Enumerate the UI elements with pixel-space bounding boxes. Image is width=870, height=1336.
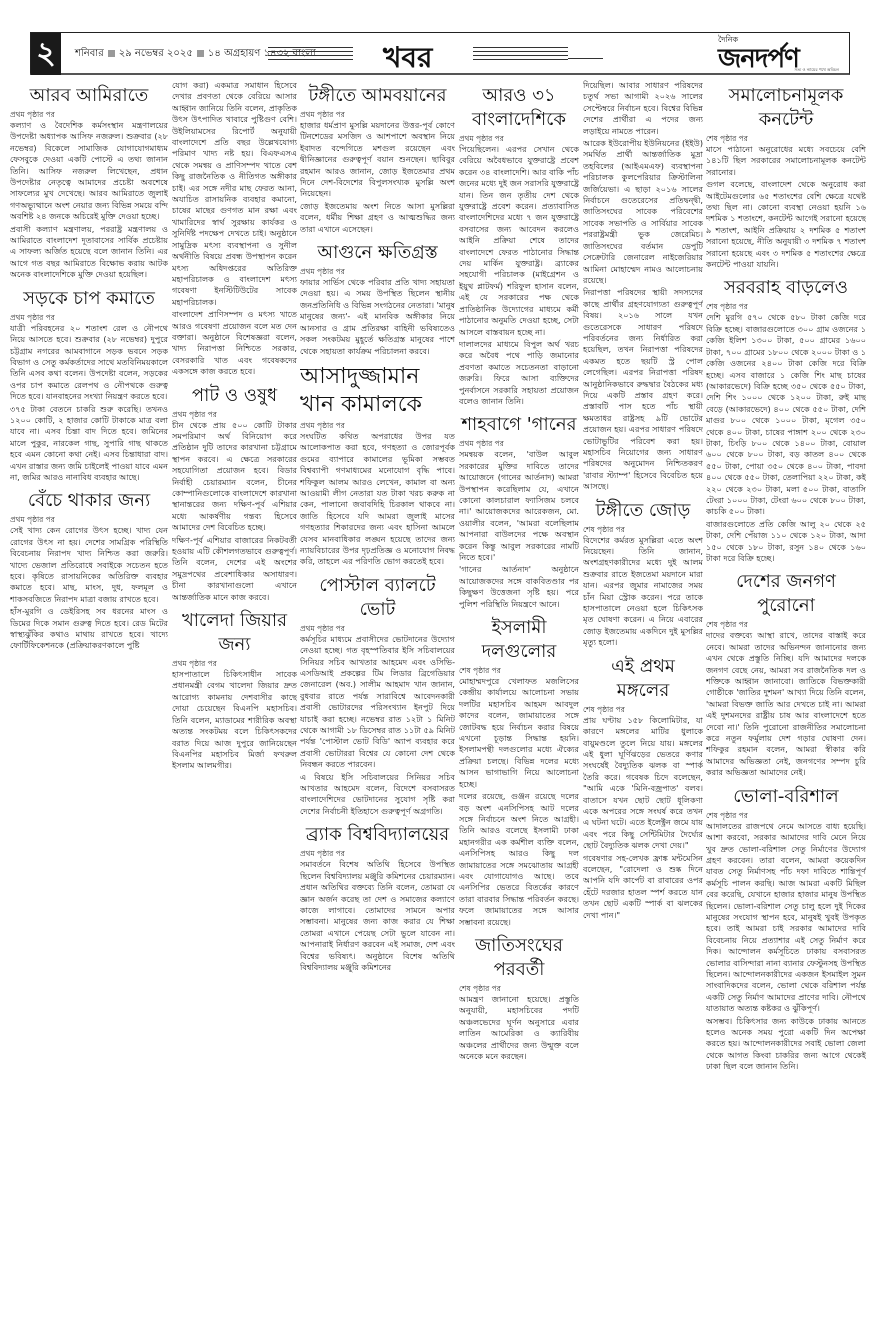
story-body: হাজার ধর্মপ্রাণ মুসল্লি ময়দানের উত্তর-প… — [300, 120, 455, 235]
jump-line: প্রথম পৃষ্ঠার পর — [10, 313, 168, 323]
story-path-oshudh: পাট ও ওষুধ প্রথম পৃষ্ঠার পর চীন থেকে প্র… — [172, 384, 297, 604]
column-5: দিয়েছিল। আবার সাধারণ পরিষদের চতুর্থ সভা… — [583, 80, 703, 1336]
story-body: মোহাম্মদপুরে খেলাফত মজলিসের কেন্দ্রীয় ক… — [459, 676, 579, 928]
story-continued: যোগ করা) একমাত্র সমাধান হিসেবে দেখার প্র… — [172, 80, 297, 378]
headline: পাট ও ওষুধ — [172, 384, 297, 408]
paragraph: বাংলাদেশ প্রাণিসম্পদ ও মৎস্য খাতে আরও গব… — [172, 309, 297, 377]
headline: ব্র্যাক বিশ্ববিদ্যালয়ের — [300, 823, 455, 847]
story-arab-amirate: আরব আমিরাতে প্রথম পৃষ্ঠার পর কল্যাণ ও বৈ… — [10, 84, 168, 281]
story-body: প্রায় ঘণ্টায় ১৫৮ কিলোমিটার, যা কারণে ম… — [583, 715, 703, 921]
masthead: ২ শনিবার২৯ নভেম্বর ২০২৫১৪ অগ্রহায়ণ ১৪৩২… — [30, 32, 850, 75]
jump-line: শেষ পৃষ্ঠার পর — [706, 620, 866, 630]
story-brac: ব্র্যাক বিশ্ববিদ্যালয়ের প্রথম পৃষ্ঠার প… — [300, 823, 455, 973]
story-ei-prothom: এই প্রথম মঙ্গলের শেষ পৃষ্ঠার পর প্রায় ঘ… — [583, 655, 703, 921]
paragraph: হাজার ধর্মপ্রাণ মুসল্লি ময়দানের উত্তর-প… — [300, 120, 455, 200]
paragraph: অসম্ভব। চিকিৎসার জন্য কাউকে ঢাকায় আনতে … — [706, 1016, 866, 1073]
story-body: যোগ করা) একমাত্র সমাধান হিসেবে দেখার প্র… — [172, 80, 297, 378]
headline: সরবরাহ বাড়লেও — [706, 276, 866, 300]
story-body: সংঘটিত কথিত অপরাধের উপর যত আলোকপাত করা হ… — [300, 431, 455, 568]
story-asaduzzaman: আসাদুজ্জামান খান কামালকে প্রথম পৃষ্ঠার প… — [300, 363, 455, 568]
paragraph: দাদের বক্তব্যে আস্থা রাখে, তাদের বাস্তাই… — [706, 630, 866, 778]
paragraph: প্রবাসী কল্যাণ মন্ত্রণালয়, পররাষ্ট্র মন… — [10, 224, 168, 281]
paragraph: সংঘটিত কথিত অপরাধের উপর যত আলোকপাত করা হ… — [300, 431, 455, 568]
jump-line: শেষ পৃষ্ঠার পর — [459, 666, 579, 676]
jump-line: শেষ পৃষ্ঠার পর — [706, 134, 866, 144]
headline: টঙ্গীতে আমবয়ানের — [300, 84, 455, 108]
headline: সমালোচনামূলক কনটেন্ট — [706, 84, 866, 132]
jump-line: প্রথম পৃষ্ঠার পর — [172, 410, 297, 420]
paragraph: দলের রয়েছে, গুঞ্জন রয়েছে দলের বড় অংশ … — [459, 791, 579, 928]
paragraph: কল্যাণ ও বৈদেশিক কর্মসংস্থান মন্ত্রণালয়… — [10, 120, 168, 223]
jump-line: প্রথম পৃষ্ঠার পর — [300, 421, 455, 431]
paragraph: আমন্ত্রণ জানানো হয়েছে। প্রস্তুতি অনুযায… — [459, 994, 579, 1062]
story-shahbag: শাহবাগে 'গানের প্রথম পৃষ্ঠার পর সমন্বয়ক… — [459, 413, 579, 610]
story-bhola-barishal: ভোলা-বরিশাল শেষ পৃষ্ঠার পর আদালতের রাজপথ… — [706, 785, 866, 1073]
jump-line: প্রথম পৃষ্ঠার পর — [172, 659, 297, 669]
story-continued-un: দিয়েছিল। আবার সাধারণ পরিষদের চতুর্থ সভা… — [583, 80, 703, 493]
date-gregorian: ২৯ নভেম্বর ২০২৫ — [119, 48, 193, 59]
paragraph: দিয়েছিল। আবার সাধারণ পরিষদের চতুর্থ সভা… — [583, 80, 703, 137]
story-body: সমাবর্তনে বিশেষ অতিথি হিসেবে উপস্থিত ছিল… — [300, 859, 455, 973]
jump-line: প্রথম পৃষ্ঠার পর — [300, 849, 455, 859]
story-agun: আগুনে ক্ষতিগ্রস্ত প্রথম পৃষ্ঠার পর ফায়া… — [300, 241, 455, 357]
paragraph: দালালদের মাধ্যমে বিপুল অর্থ খরচ করে অবৈধ… — [459, 339, 579, 407]
headline: জাতিসংঘের পরবর্তী — [459, 934, 579, 982]
story-somalochona: সমালোচনামূলক কনটেন্ট শেষ পৃষ্ঠার পর মাসে… — [706, 84, 866, 270]
paragraph: মাসে পাঠানো অনুরোধের মধ্যে সবচেয়ে বেশি … — [706, 144, 866, 178]
headline: শাহবাগে 'গানের — [459, 413, 579, 437]
section-title: খবর — [383, 36, 432, 83]
story-sorboraho: সরবরাহ বাড়লেও শেষ পৃষ্ঠার পর দেশি মুরগি… — [706, 276, 866, 564]
headline: বেঁচে থাকার জন্য — [10, 489, 168, 513]
paragraph: প্রায় ঘণ্টায় ১৫৮ কিলোমিটার, যা কারণে ম… — [583, 715, 703, 852]
column-3: টঙ্গীতে আমবয়ানের প্রথম পৃষ্ঠার পর হাজার… — [300, 80, 455, 1336]
headline: টঙ্গীতে জোড় — [583, 499, 703, 523]
paragraph: ৩৭৫ টাকা বেতনে চাকরি শুরু করেছি। তখনও ১২… — [10, 404, 168, 484]
jump-line: প্রথম পৃষ্ঠার পর — [300, 110, 455, 120]
page-number: ২ — [31, 33, 61, 75]
paragraph: গুগল বলেছে, বাংলাদেশ থেকে অনুরোধ করা আইট… — [706, 179, 866, 270]
paragraph: সমন্বয়ক বলেন, 'বাউল আবুল সরকারের মুক্তি… — [459, 449, 579, 563]
story-body: যাত্রী পরিবহনের ২০ শতাংশ রেল ও নৌপথে নিয… — [10, 323, 168, 484]
paragraph: হাঁস-মুরগি ও ডেইরিসহ সব ধরনের মাংস ও ডিম… — [10, 606, 168, 652]
paragraph: বিদেশের কর্মরত মুসল্লিরা এতে অংশ নিয়েছে… — [583, 535, 703, 649]
story-jonogon: দেশের জনগণ পুরোনো শেষ পৃষ্ঠার পর দাদের ব… — [706, 570, 866, 778]
paragraph: পিয়েছিলেন। এরপর সেখান থেকে বেরিয়ে অবৈধ… — [459, 144, 579, 338]
story-body: হাসপাতালে চিকিৎসাধীন সাবেক প্রধানমন্ত্রী… — [172, 669, 297, 772]
paragraph: জোড় ইজতেমায় অংশ নিতে আসা মুসল্লিরা বলে… — [300, 201, 455, 235]
headline: খালেদা জিয়ার জন্য — [172, 609, 297, 657]
story-tongi: টঙ্গীতে আমবয়ানের প্রথম পৃষ্ঠার পর হাজার… — [300, 84, 455, 235]
column-2: যোগ করা) একমাত্র সমাধান হিসেবে দেখার প্র… — [172, 80, 297, 1336]
paragraph: গবেষণার সহ-লেখক ফ্রাঙ্ক মন্টমেসিন বলেছেন… — [583, 853, 703, 921]
headline: এই প্রথম মঙ্গলের — [583, 655, 703, 703]
paragraph: নিরাপত্তা পরিষদের স্থায়ী সদস্যদের কাছে … — [583, 287, 703, 492]
story-body: ফায়ার সার্ভিস থেকে পরিবার প্রতি খাদ্য স… — [300, 277, 455, 357]
story-body: দেশি মুরগি ৫৭০ থেকে ৫৮০ টাকা কেজি দরে বি… — [706, 312, 866, 564]
story-islami-dol: ইসলামী দলগুলোর শেষ পৃষ্ঠার পর মোহাম্মদপু… — [459, 616, 579, 928]
story-body: দাদের বক্তব্যে আস্থা রাখে, তাদের বাস্তাই… — [706, 630, 866, 778]
story-ar-o-31: আরও ৩১ বাংলাদেশিকে প্রথম পৃষ্ঠার পর পিয়… — [459, 84, 579, 407]
jump-line: শেষ পৃষ্ঠার পর — [706, 302, 866, 312]
jump-line: প্রথম পৃষ্ঠার পর — [10, 110, 168, 120]
paragraph: আরেক ইউরোপীয় ইউনিয়নের (ইইউ) সমর্থিত প্… — [583, 138, 703, 286]
column-4: আরও ৩১ বাংলাদেশিকে প্রথম পৃষ্ঠার পর পিয়… — [459, 80, 579, 1336]
paragraph: আদালতের রাজপথে নেমে আসতে বাধ্য হয়েছি। আ… — [706, 821, 866, 1015]
story-body: আমন্ত্রণ জানানো হয়েছে। প্রস্তুতি অনুযায… — [459, 994, 579, 1062]
jump-line: শেষ পৃষ্ঠার পর — [583, 705, 703, 715]
story-body: পিয়েছিলেন। এরপর সেখান থেকে বেরিয়ে অবৈধ… — [459, 144, 579, 407]
paragraph: মোহাম্মদপুরে খেলাফত মজলিসের কেন্দ্রীয় ক… — [459, 676, 579, 790]
story-khaleda-zia: খালেদা জিয়ার জন্য প্রথম পৃষ্ঠার পর হাসপ… — [172, 609, 297, 772]
headline: আগুনে ক্ষতিগ্রস্ত — [300, 241, 455, 265]
jump-line: শেষ পৃষ্ঠার পর — [459, 984, 579, 994]
paragraph: 'গানের আর্তনাদ' অনুষ্ঠানে আয়োজকদের সঙ্গ… — [459, 564, 579, 610]
headline: আসাদুজ্জামান খান কামালকে — [300, 363, 455, 419]
jump-line: প্রথম পৃষ্ঠার পর — [459, 134, 579, 144]
story-body: সমন্বয়ক বলেন, 'বাউল আবুল সরকারের মুক্তি… — [459, 449, 579, 610]
headline: দেশের জনগণ পুরোনো — [706, 570, 866, 618]
paragraph: সমাবর্তনে বিশেষ অতিথি হিসেবে উপস্থিত ছিল… — [300, 859, 455, 973]
decorative-rules-left — [268, 47, 353, 61]
story-body: আদালতের রাজপথে নেমে আসতে বাধ্য হয়েছি। আ… — [706, 821, 866, 1073]
decorative-rules-right — [473, 47, 568, 61]
headline: সড়কে চাপ কমাতে — [10, 287, 168, 311]
story-body: বিদেশের কর্মরত মুসল্লিরা এতে অংশ নিয়েছে… — [583, 535, 703, 649]
paragraph: এ বিষয়ে ইসি সচিবালয়ের সিনিয়র সচিব আখত… — [300, 772, 455, 818]
newspaper-page: ২ শনিবার২৯ নভেম্বর ২০২৫১৪ অগ্রহায়ণ ১৪৩২… — [0, 0, 870, 1336]
paragraph: দেশি মুরগি ৫৭০ থেকে ৫৮০ টাকা কেজি দরে বি… — [706, 312, 866, 517]
headline: আরব আমিরাতে — [10, 84, 168, 108]
story-body: কর্মসূচির মাধ্যমে প্রবাসীদের ভোটদানের উদ… — [300, 634, 455, 818]
paragraph: হাসপাতালে চিকিৎসাধীন সাবেক প্রধানমন্ত্রী… — [172, 669, 297, 772]
jump-line: প্রথম পৃষ্ঠার পর — [10, 515, 168, 525]
column-6: সমালোচনামূলক কনটেন্ট শেষ পৃষ্ঠার পর মাসে… — [706, 80, 866, 1336]
story-body: চীন থেকে প্রায় ৫০০ কোটি টাকার সমপরিমাণ … — [172, 420, 297, 604]
story-jatisongho: জাতিসংঘের পরবর্তী শেষ পৃষ্ঠার পর আমন্ত্র… — [459, 934, 579, 1062]
paragraph: সেই খাদ্য কেন রোগের উৎস হচ্ছে। খাদ্য যেন… — [10, 525, 168, 605]
jump-line: প্রথম পৃষ্ঠার পর — [459, 439, 579, 449]
day: শনিবার — [75, 48, 104, 59]
story-sorok-chap: সড়কে চাপ কমাতে প্রথম পৃষ্ঠার পর যাত্রী … — [10, 287, 168, 484]
separator-square-icon — [108, 50, 115, 57]
story-beche-thakar: বেঁচে থাকার জন্য প্রথম পৃষ্ঠার পর সেই খা… — [10, 489, 168, 651]
separator-square-icon — [197, 50, 204, 57]
jump-line: শেষ পৃষ্ঠার পর — [583, 525, 703, 535]
paragraph: দক্ষিণ-পূর্ব এশিয়ার বাজারের নিকটবর্তী হ… — [172, 535, 297, 603]
story-body: দিয়েছিল। আবার সাধারণ পরিষদের চতুর্থ সভা… — [583, 80, 703, 493]
jump-line: শেষ পৃষ্ঠার পর — [706, 811, 866, 821]
story-body: মাসে পাঠানো অনুরোধের মধ্যে সবচেয়ে বেশি … — [706, 144, 866, 270]
brand-logo: দৈনিক জনদর্পণ সত্য ও ন্যায়ের পথে অবিচল — [716, 33, 841, 75]
headline: পোস্টাল ব্যালটে ভোট — [300, 574, 455, 622]
column-1: আরব আমিরাতে প্রথম পৃষ্ঠার পর কল্যাণ ও বৈ… — [10, 80, 168, 1336]
story-postal-ballot: পোস্টাল ব্যালটে ভোট প্রথম পৃষ্ঠার পর কর্… — [300, 574, 455, 818]
headline: আরও ৩১ বাংলাদেশিকে — [459, 84, 579, 132]
paragraph: কর্মসূচির মাধ্যমে প্রবাসীদের ভোটদানের উদ… — [300, 634, 455, 771]
headline: ভোলা-বরিশাল — [706, 785, 866, 809]
paragraph: যোগ করা) একমাত্র সমাধান হিসেবে দেখার প্র… — [172, 80, 297, 308]
paragraph: ফায়ার সার্ভিস থেকে পরিবার প্রতি খাদ্য স… — [300, 277, 455, 357]
paragraph: বাজারগুলোতে প্রতি কেজি আলু ২০ থেকে ২৫ টা… — [706, 519, 866, 565]
brand-tagline: সত্য ও ন্যায়ের পথে অবিচল — [794, 67, 839, 74]
headline: ইসলামী দলগুলোর — [459, 616, 579, 664]
brand-name: জনদর্পণ — [718, 38, 799, 82]
jump-line: প্রথম পৃষ্ঠার পর — [300, 624, 455, 634]
story-body: সেই খাদ্য কেন রোগের উৎস হচ্ছে। খাদ্য যেন… — [10, 525, 168, 651]
story-body: কল্যাণ ও বৈদেশিক কর্মসংস্থান মন্ত্রণালয়… — [10, 120, 168, 281]
jump-line: প্রথম পৃষ্ঠার পর — [300, 267, 455, 277]
story-tongi-jor: টঙ্গীতে জোড় শেষ পৃষ্ঠার পর বিদেশের কর্ম… — [583, 499, 703, 649]
paragraph: চীন থেকে প্রায় ৫০০ কোটি টাকার সমপরিমাণ … — [172, 420, 297, 534]
paragraph: যাত্রী পরিবহনের ২০ শতাংশ রেল ও নৌপথে নিয… — [10, 323, 168, 403]
